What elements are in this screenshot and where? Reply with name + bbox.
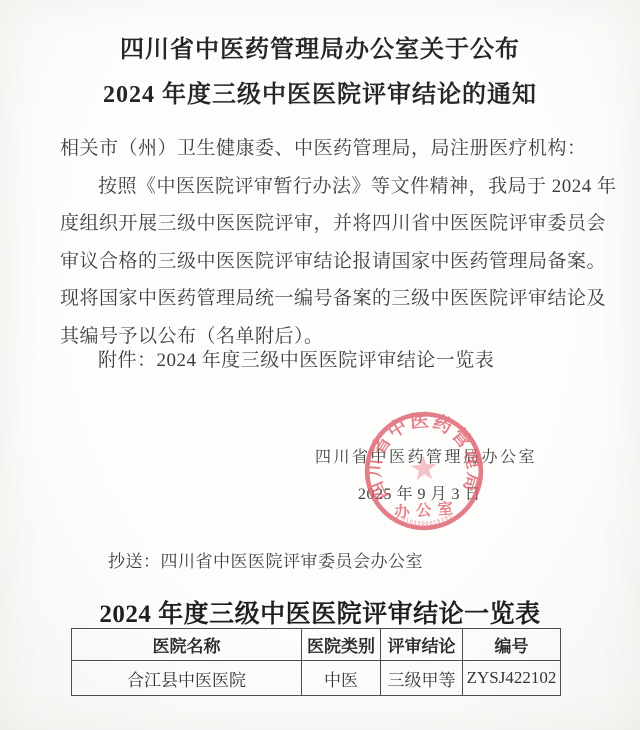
column-header-hospital-type: 医院类别: [302, 629, 381, 661]
document-title-line1: 四川省中医药管理局办公室关于公布: [0, 28, 640, 73]
cell-hospital-type: 中医: [302, 661, 381, 696]
attachment-reference: 附件：2024 年度三级中医医院评审结论一览表: [98, 342, 494, 380]
document-title: 四川省中医药管理局办公室关于公布 2024 年度三级中医医院评审结论的通知: [0, 28, 640, 118]
seal-ring: [363, 410, 484, 531]
table-row: 合江县中医医院 中医 三级甲等 ZYSJ422102: [72, 661, 561, 696]
body-line: 按照《中医医院评审暂行办法》等文件精神，我局于 2024 年: [60, 168, 586, 206]
document-title-line2: 2024 年度三级中医医院评审结论的通知: [0, 73, 640, 118]
body-line: 审议合格的三级中医医院评审结论报请国家中医药管理局备案。: [60, 243, 586, 281]
body-line: 现将国家中医药管理局统一编号备案的三级中医医院评审结论及: [60, 280, 586, 318]
review-result-table: 医院名称 医院类别 评审结论 编号 合江县中医医院 中医 三级甲等 ZYSJ42…: [71, 628, 561, 696]
cc-line: 抄送：四川省中医医院评审委员会办公室: [108, 547, 423, 572]
column-header-serial-number: 编号: [463, 629, 561, 661]
table-header-row: 医院名称 医院类别 评审结论 编号: [72, 629, 561, 661]
salutation-line: 相关市（州）卫生健康委、中医药管理局，局注册医疗机构：: [60, 130, 586, 168]
signature-date: 2025 年 9 月 3 日: [358, 481, 481, 504]
cell-review-result: 三级甲等: [381, 661, 463, 696]
column-header-hospital-name: 医院名称: [72, 629, 302, 661]
cell-serial-number: ZYSJ422102: [463, 661, 561, 696]
document-body: 相关市（州）卫生健康委、中医药管理局，局注册医疗机构： 按照《中医医院评审暂行办…: [60, 130, 586, 356]
cell-hospital-name: 合江县中医医院: [72, 661, 302, 696]
column-header-review-result: 评审结论: [381, 629, 463, 661]
body-line: 度组织开展三级中医医院评审，并将四川省中医医院评审委员会: [60, 205, 586, 243]
attachment-table-title: 2024 年度三级中医医院评审结论一览表: [0, 594, 640, 630]
seal-serial-number: 5101000015281: [401, 512, 455, 528]
official-red-seal-icon: 四川省中医药管理局 办公室 5101000015281: [358, 405, 490, 537]
signature-issuer: 四川省中医药管理局办公室: [315, 444, 537, 467]
scanned-notice-document: 四川省中医药管理局办公室关于公布 2024 年度三级中医医院评审结论的通知 相关…: [0, 0, 640, 730]
